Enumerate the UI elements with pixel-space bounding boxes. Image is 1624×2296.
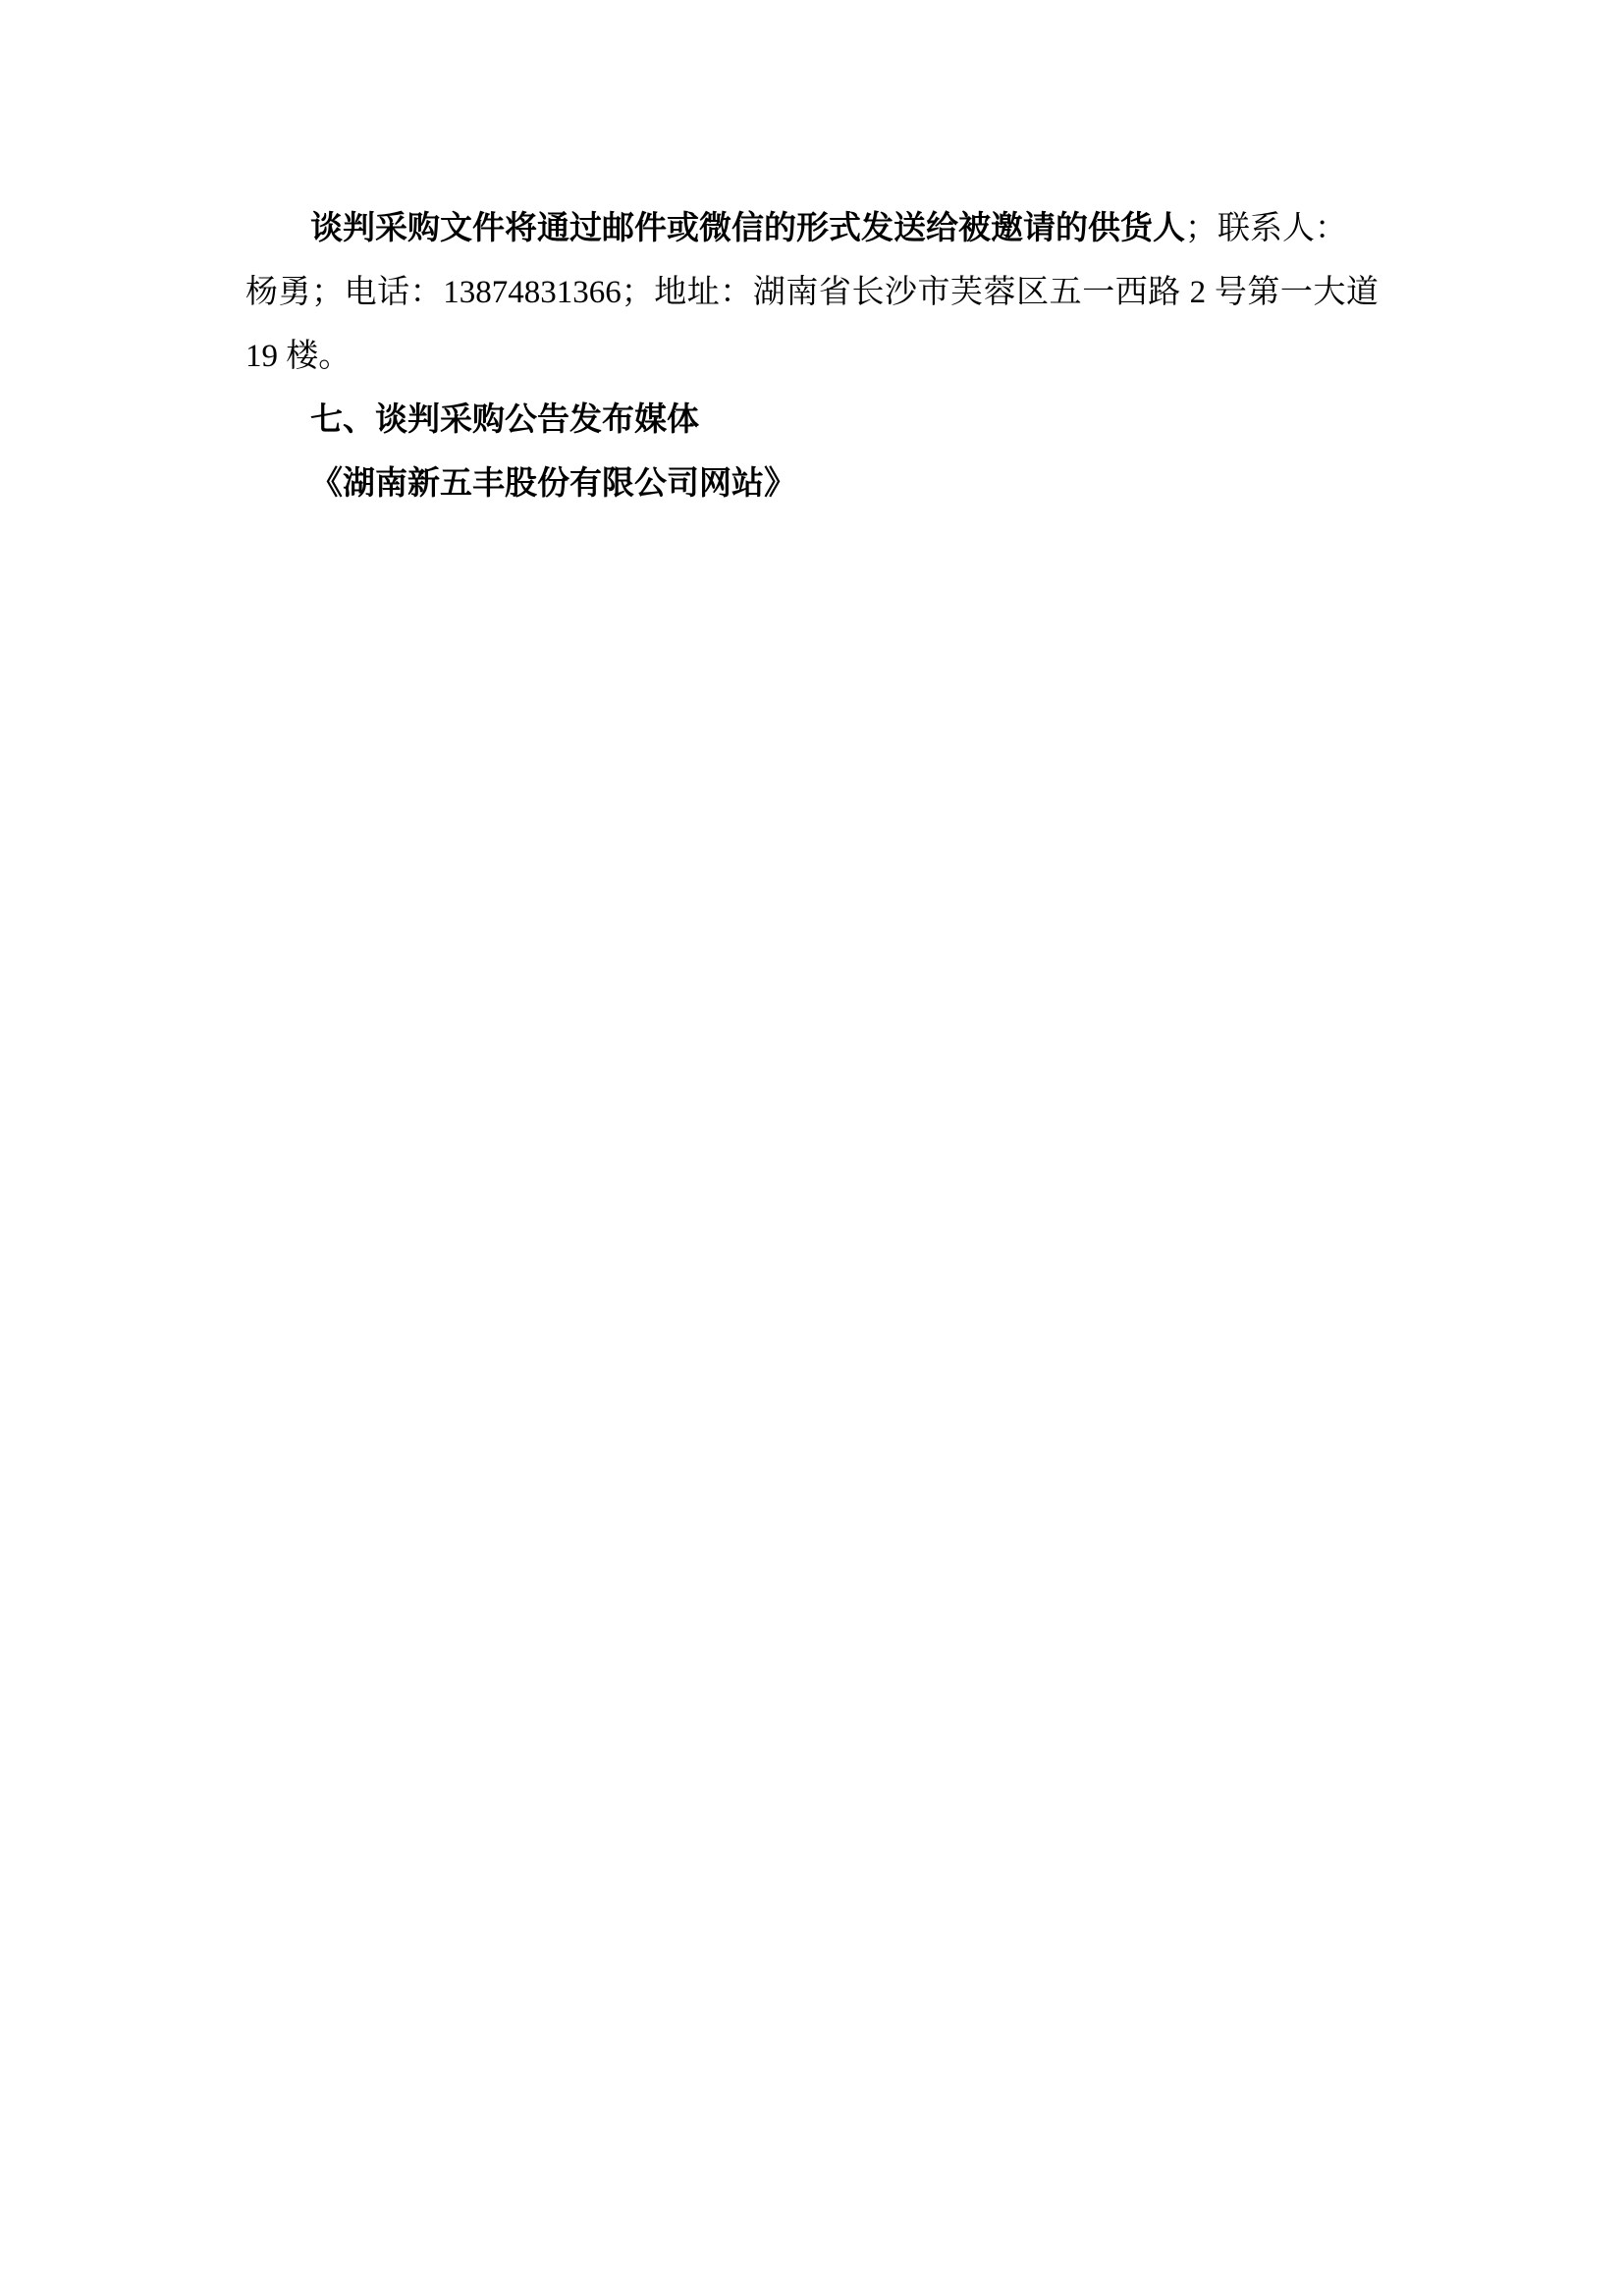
notice-paragraph-line1: 谈判采购文件将通过邮件或微信的形式发送给被邀请的供货人；联系人： xyxy=(245,197,1379,261)
media-name-line: 《湖南新五丰股份有限公司网站》 xyxy=(245,453,1379,516)
notice-paragraph-line2: 杨勇；电话：13874831366；地址：湖南省长沙市芙蓉区五一西路 2 号第一… xyxy=(245,261,1379,325)
section-heading: 七、谈判采购公告发布媒体 xyxy=(245,389,1379,453)
document-content: 谈判采购文件将通过邮件或微信的形式发送给被邀请的供货人；联系人： 杨勇；电话：1… xyxy=(245,197,1379,516)
document-page: 谈判采购文件将通过邮件或微信的形式发送给被邀请的供货人；联系人： 杨勇；电话：1… xyxy=(0,0,1624,2296)
notice-paragraph-line3: 19 楼。 xyxy=(245,325,1379,389)
notice-contact-label: ；联系人： xyxy=(1185,211,1347,246)
notice-bold-text: 谈判采购文件将通过邮件或微信的形式发送给被邀请的供货人 xyxy=(310,211,1185,246)
